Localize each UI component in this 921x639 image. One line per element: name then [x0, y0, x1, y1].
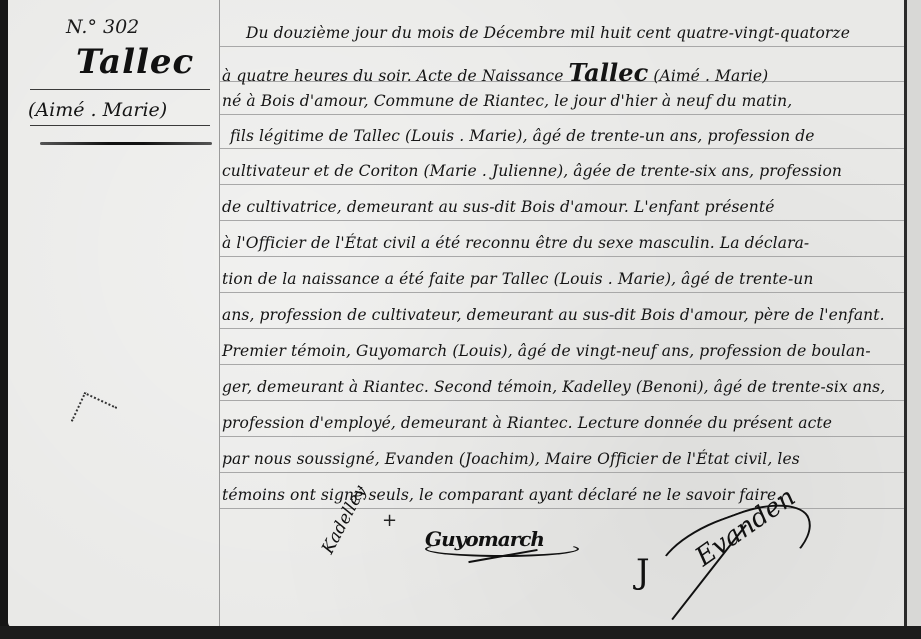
- record-line-7: à l'Officier de l'État civil a été recon…: [222, 234, 809, 252]
- margin-underline: [30, 125, 210, 126]
- margin-surname: Tallec: [76, 42, 194, 82]
- margin-rule: [219, 0, 220, 628]
- record-line-9: ans, profession de cultivateur, demeuran…: [222, 306, 885, 324]
- record-line-14: témoins ont signé seuls, le comparant ay…: [222, 486, 781, 504]
- ruled-line: [220, 292, 912, 293]
- ruled-line: [220, 472, 912, 473]
- margin-heavy-rule: [40, 142, 212, 145]
- ruled-line: [220, 400, 912, 401]
- record-line-5: cultivateur et de Coriton (Marie . Julie…: [222, 162, 842, 180]
- ruled-line: [220, 46, 912, 47]
- ruled-line: [220, 184, 912, 185]
- record-child-given-names: (Aimé . Marie): [653, 67, 768, 85]
- record-line-8: tion de la naissance a été faite par Tal…: [222, 270, 813, 288]
- margin-column: N.° 302 Tallec (Aimé . Marie): [18, 0, 218, 628]
- ruled-line: [220, 114, 912, 115]
- ruled-line: [220, 436, 912, 437]
- right-page-strip: [907, 0, 921, 639]
- record-child-surname: Tallec: [569, 58, 649, 87]
- record-line-4: fils légitime de Tallec (Louis . Marie),…: [230, 127, 815, 145]
- record-line-2-text: à quatre heures du soir. Acte de Naissan…: [222, 67, 563, 85]
- act-number: N.° 302: [66, 16, 139, 38]
- margin-given-names: (Aimé . Marie): [28, 99, 167, 121]
- record-line-12: profession d'employé, demeurant à Riante…: [222, 414, 832, 432]
- record-line-6: de cultivatrice, demeurant au sus-dit Bo…: [222, 198, 774, 216]
- record-line-1: Du douzième jour du mois de Décembre mil…: [246, 24, 850, 42]
- ruled-line: [220, 364, 912, 365]
- signature-mayor-initial: J: [636, 552, 650, 592]
- margin-underline: [30, 89, 210, 90]
- margin-ink-mark: [71, 392, 117, 436]
- ruled-line: [220, 508, 912, 509]
- signature-witness-1-mark: +: [382, 510, 397, 531]
- record-line-2: à quatre heures du soir. Acte de Naissan…: [222, 58, 768, 87]
- record-line-3: né à Bois d'amour, Commune de Riantec, l…: [222, 92, 792, 110]
- ruled-line: [220, 148, 912, 149]
- record-line-13: par nous soussigné, Evanden (Joachim), M…: [222, 450, 800, 468]
- page-bottom-edge: [0, 626, 921, 639]
- record-line-10: Premier témoin, Guyomarch (Louis), âgé d…: [222, 342, 871, 360]
- ruled-line: [220, 328, 912, 329]
- record-line-11: ger, demeurant à Riantec. Second témoin,…: [222, 378, 885, 396]
- ruled-line: [220, 256, 912, 257]
- ruled-line: [220, 220, 912, 221]
